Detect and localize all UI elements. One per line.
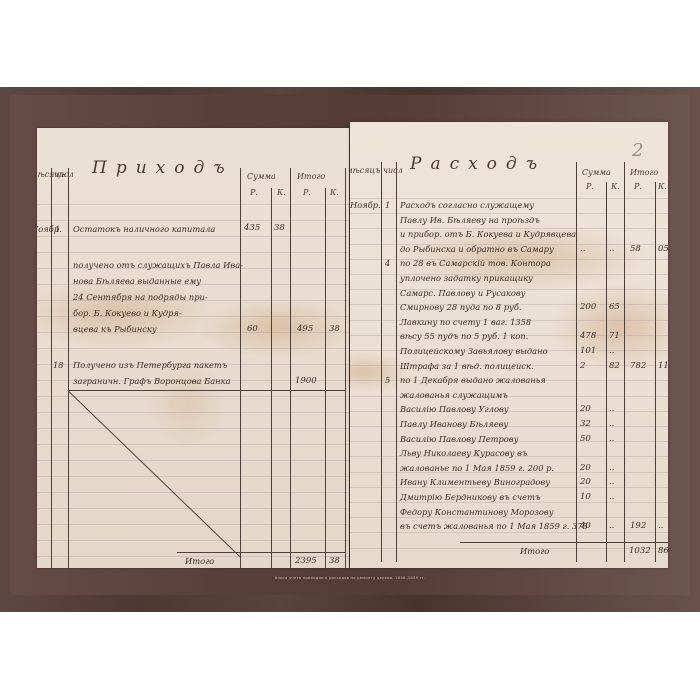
entry-text: жалованье по 1 Мая 1859 г. 200 р. bbox=[400, 463, 554, 473]
entry-day: 1 bbox=[55, 224, 60, 234]
total-label: Итого bbox=[520, 546, 549, 556]
entry-sum-rub: 40 bbox=[580, 521, 591, 531]
entry-text: заграничн. Графъ Воронцова Банка bbox=[73, 376, 231, 386]
entry-sum-kop: 71 bbox=[609, 331, 620, 341]
entry-text: Василію Павлову Петрову bbox=[400, 434, 518, 444]
paper-ruling bbox=[350, 517, 668, 518]
entry-sum-rub: 101 bbox=[580, 346, 596, 356]
frame-mat: Приходъ мѣсяцъ числ Сумма Итого Р. К. Р.… bbox=[10, 95, 690, 595]
entry-total-kop: 05 bbox=[658, 244, 668, 254]
paper-ruling bbox=[37, 412, 349, 413]
total-label: Итого bbox=[185, 556, 214, 566]
paper-ruling bbox=[37, 524, 349, 525]
entry-text: получено отъ служащихъ Павла Ива- bbox=[73, 260, 243, 270]
entry-sum-kop: .. bbox=[609, 477, 614, 487]
entry-text: Василію Павлову Углову bbox=[400, 404, 509, 414]
paper-ruling bbox=[37, 204, 349, 205]
entry-text: Остатокъ наличного капитала bbox=[73, 224, 215, 234]
entry-sum-kop: 38 bbox=[274, 223, 285, 233]
paper-ruling bbox=[37, 236, 349, 237]
entry-text: Штрафа за 1 вѣд. полицейск. bbox=[400, 361, 534, 371]
ledger-page-income: Приходъ мѣсяцъ числ Сумма Итого Р. К. Р.… bbox=[37, 128, 349, 568]
entry-text: до Рыбинска и обратно въ Самару bbox=[400, 244, 554, 254]
column-rule bbox=[68, 168, 69, 568]
paper-ruling bbox=[37, 444, 349, 445]
entry-sum-kop: .. bbox=[609, 419, 614, 429]
column-header-total: Итого bbox=[297, 172, 325, 181]
entry-text: Павлу Иванову Бѣляеву bbox=[400, 419, 508, 429]
column-rule bbox=[290, 168, 291, 568]
entry-text: Ивану Климентьеву Виноградову bbox=[400, 477, 550, 487]
column-header-kop: К. bbox=[611, 182, 620, 191]
entry-text: по 1 Декабря выдано жалованья bbox=[400, 375, 546, 385]
total-rule bbox=[460, 542, 668, 543]
grand-total-kop: 86 bbox=[658, 546, 668, 556]
entry-sum-kop: .. bbox=[609, 346, 614, 356]
entry-text: Лавкину по счету 1 ваг. 1358 bbox=[400, 317, 531, 327]
entry-sum-rub: 435 bbox=[244, 223, 260, 233]
entry-sum-rub: 20 bbox=[580, 477, 591, 487]
entry-sum-rub: 50 bbox=[580, 434, 591, 444]
column-rule bbox=[271, 188, 272, 568]
total-rule bbox=[177, 552, 345, 553]
paper-ruling bbox=[37, 348, 349, 349]
entry-text: нова Бѣляева выданные ему bbox=[73, 276, 201, 286]
entry-sum-rub: .. bbox=[580, 244, 585, 254]
column-header-sum: Сумма bbox=[582, 168, 611, 177]
entry-total-kop: 38 bbox=[329, 324, 340, 334]
entry-sum-rub: 10 bbox=[580, 492, 591, 502]
entry-total-kop: 11 bbox=[658, 361, 668, 371]
paper-ruling bbox=[37, 508, 349, 509]
column-rule bbox=[624, 162, 625, 562]
column-header-rub: Р. bbox=[303, 188, 311, 197]
paper-ruling bbox=[350, 548, 668, 549]
column-header-month: мѣсяцъ bbox=[350, 166, 380, 175]
entry-text: Расходъ согласно служащему bbox=[400, 200, 534, 210]
column-rule bbox=[396, 162, 397, 562]
entry-sum-kop: 82 bbox=[609, 361, 620, 371]
entry-text: уплочено задатку прикащику bbox=[400, 273, 533, 283]
entry-total-rub: 495 bbox=[297, 324, 313, 334]
column-rule bbox=[381, 162, 382, 562]
entry-text: Дмитрію Бердникову въ счетъ bbox=[400, 492, 540, 502]
paper-ruling bbox=[350, 426, 668, 427]
entry-sum-rub: 2 bbox=[580, 361, 585, 371]
column-header-sum: Сумма bbox=[247, 172, 276, 181]
entry-sum-rub: 20 bbox=[580, 463, 591, 473]
entry-text: Смирнову 28 пуда по 8 руб. bbox=[400, 302, 522, 312]
paper-ruling bbox=[37, 492, 349, 493]
column-header-kop: К. bbox=[658, 182, 667, 191]
entry-day: 1 bbox=[385, 200, 390, 210]
column-rule bbox=[240, 168, 241, 568]
column-header-day: числ bbox=[383, 166, 403, 175]
entry-text: Павлу Ив. Бѣляеву на проѣздъ bbox=[400, 215, 540, 225]
entry-text: вцева къ Рыбинску bbox=[73, 324, 157, 334]
entry-text: Полицейскому Завьялову выдано bbox=[400, 346, 548, 356]
paper-ruling bbox=[350, 532, 668, 533]
entry-text: въ счетъ жалованья по 1 Мая 1859 г. 375 bbox=[400, 521, 588, 531]
entry-total-rub: 58 bbox=[630, 244, 641, 254]
entry-text: вѣсу 55 пудъ по 5 руб. 1 коп. bbox=[400, 331, 528, 341]
column-header-day: числ bbox=[54, 170, 74, 179]
column-header-kop: К. bbox=[277, 188, 286, 197]
entry-sum-rub: 200 bbox=[580, 302, 596, 312]
grand-total-rub: 1032 bbox=[629, 546, 651, 556]
paper-ruling bbox=[350, 198, 668, 199]
page-title-income: Приходъ bbox=[92, 158, 234, 178]
column-rule bbox=[606, 182, 607, 562]
entry-sum-kop: .. bbox=[609, 492, 614, 502]
entry-sum-kop: .. bbox=[609, 434, 614, 444]
entry-text: и прибор. отъ Б. Кокуева и Кудрявцева bbox=[400, 229, 576, 239]
entry-sum-rub: 60 bbox=[247, 324, 258, 334]
column-rule bbox=[655, 182, 656, 562]
column-header-total: Итого bbox=[630, 168, 658, 177]
entry-sum-kop: .. bbox=[609, 244, 614, 254]
column-header-rub: Р. bbox=[634, 182, 642, 191]
entry-sum-kop: 65 bbox=[609, 302, 620, 312]
grand-total-kop: 38 bbox=[329, 556, 340, 566]
column-rule bbox=[325, 188, 326, 568]
entry-total-rub: 192 bbox=[630, 521, 646, 531]
paper-ruling bbox=[37, 540, 349, 541]
column-rule bbox=[576, 162, 577, 562]
entry-text: бор. Б. Кокуево и Кудря- bbox=[73, 308, 182, 318]
paper-ruling bbox=[350, 502, 668, 503]
paper-ruling bbox=[37, 396, 349, 397]
page-number: 2 bbox=[632, 140, 643, 161]
entry-text: жалованья служащимъ bbox=[400, 390, 508, 400]
entry-sum-kop: .. bbox=[609, 463, 614, 473]
paper-ruling bbox=[37, 460, 349, 461]
entry-text: Льву Николаеву Курасову въ bbox=[400, 448, 527, 458]
entry-text: Получено изъ Петербурга пакетъ bbox=[73, 360, 227, 370]
column-header-rub: Р. bbox=[586, 182, 594, 191]
ledger-page-expenses: 2 Расходъ мѣсяцъ числ Сумма Итого Р. К. … bbox=[350, 122, 668, 568]
column-header-kop: К. bbox=[330, 188, 339, 197]
entry-date: Ноябр. bbox=[350, 200, 381, 210]
column-header-rub: Р. bbox=[250, 188, 258, 197]
entry-day: 18 bbox=[53, 360, 64, 370]
entry-sum-kop: .. bbox=[609, 521, 614, 531]
entry-sum-rub: 20 bbox=[580, 404, 591, 414]
entry-text: по 28 въ Самарскій тов. Контора bbox=[400, 258, 551, 268]
entry-total-rub: 782 bbox=[630, 361, 646, 371]
entry-sum-rub: 32 bbox=[580, 419, 591, 429]
paper-ruling bbox=[37, 476, 349, 477]
picture-frame: Приходъ мѣсяцъ числ Сумма Итого Р. К. Р.… bbox=[0, 87, 700, 612]
entry-sum-kop: .. bbox=[609, 404, 614, 414]
entry-total-rub: 1900 bbox=[295, 376, 317, 386]
paper-ruling bbox=[37, 428, 349, 429]
paper-ruling bbox=[37, 220, 349, 221]
entry-sum-rub: 478 bbox=[580, 331, 596, 341]
entry-text: Федору Константинову Морозову bbox=[400, 507, 554, 517]
page-title-expenses: Расходъ bbox=[410, 154, 546, 174]
row-rule bbox=[68, 390, 345, 391]
entry-text: Самарс. Павлову и Русакову bbox=[400, 288, 525, 298]
entry-total-kop: .. bbox=[658, 521, 663, 531]
paper-ruling bbox=[350, 411, 668, 412]
column-rule bbox=[345, 168, 346, 568]
exhibit-caption: Книга учета приходов и расходов по ремон… bbox=[10, 575, 690, 580]
entry-day: 4 bbox=[385, 258, 390, 268]
entry-text: 24 Сентября на подряды при- bbox=[73, 292, 208, 302]
paper-ruling bbox=[37, 252, 349, 253]
grand-total-rub: 2395 bbox=[295, 556, 317, 566]
paper-ruling bbox=[350, 396, 668, 397]
entry-day: 5 bbox=[385, 375, 390, 385]
